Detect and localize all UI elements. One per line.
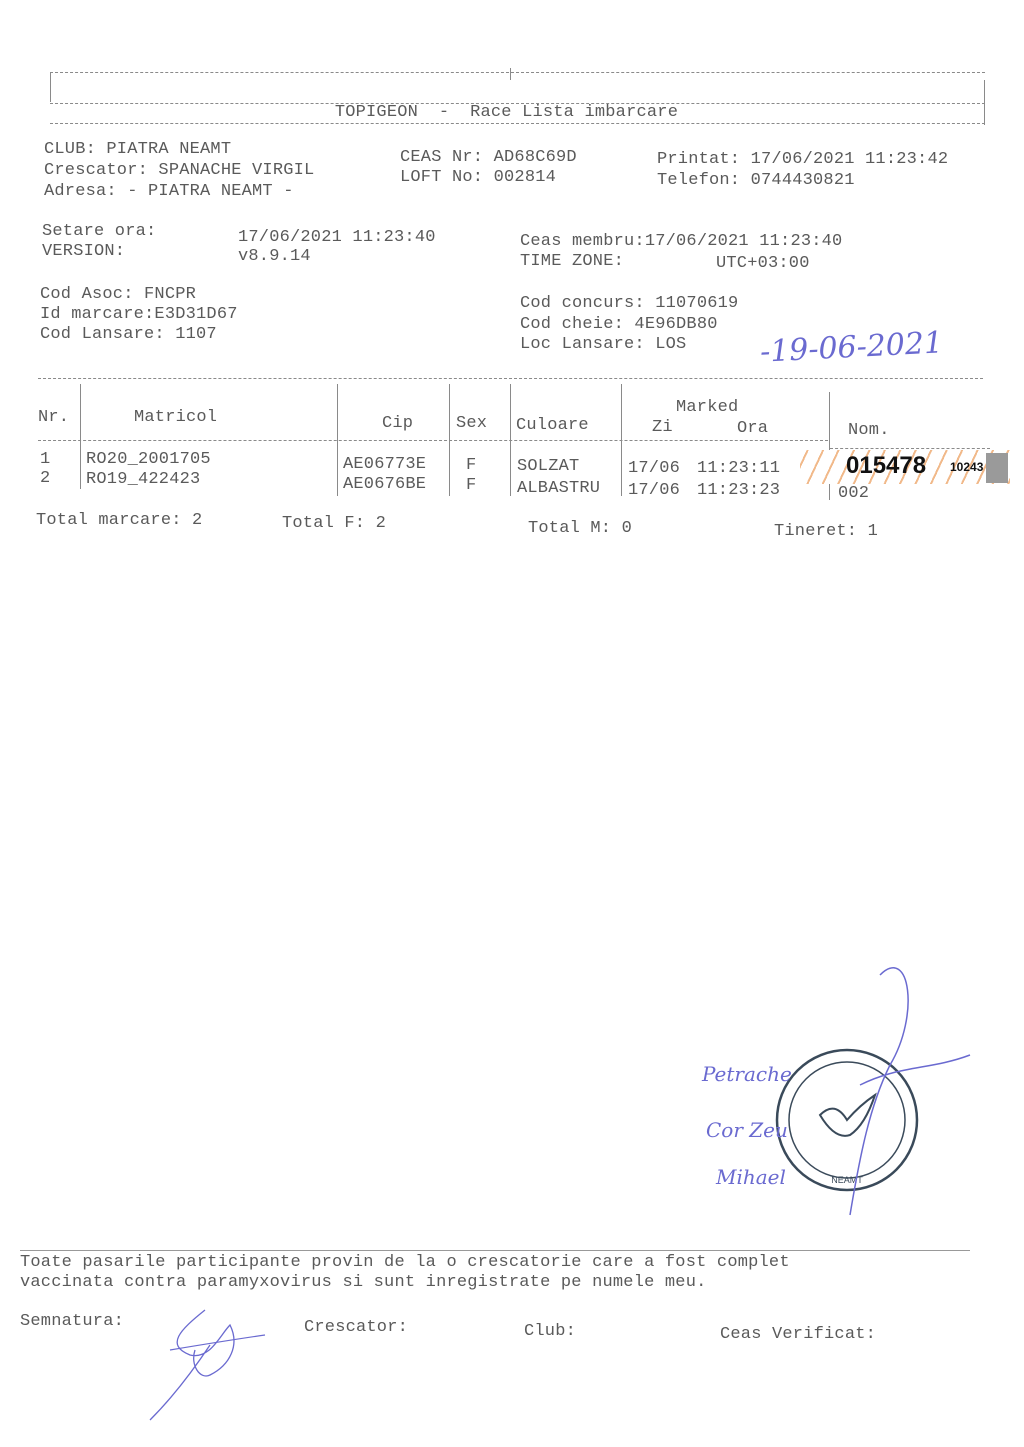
header-border-top (50, 72, 985, 73)
page-title: TOPIGEON - Race Lista imbarcare (314, 83, 678, 123)
table-header-bottom (38, 440, 828, 441)
header-border-bottom2 (50, 123, 985, 124)
adresa: Adresa: - PIATRA NEAMT - (44, 182, 294, 202)
total-marcare: Total marcare: 2 (36, 511, 202, 531)
total-f: Total F: 2 (282, 514, 386, 534)
stamp-handwriting-3: Mihael (716, 1165, 786, 1189)
telefon: Telefon: 0744430821 (657, 171, 855, 191)
col-sep-4 (510, 384, 511, 496)
declaration-line-2: vaccinata contra paramyxovirus si sunt i… (20, 1273, 707, 1293)
setare-ora-value: 17/06/2021 11:23:40 (238, 228, 436, 248)
time-zone-value: UTC+03:00 (716, 254, 810, 274)
sticker-box (986, 453, 1008, 483)
breeder-signature-icon (140, 1305, 270, 1425)
crescator-signature-label: Crescator: (304, 1318, 408, 1338)
footer-rule (20, 1250, 970, 1251)
col-sep-3 (449, 384, 450, 496)
handwritten-date: -19-06-2021 (759, 325, 944, 370)
cod-asoc: Cod Asoc: FNCPR (40, 285, 196, 305)
cell-sex: F (466, 476, 476, 496)
cell-ora: 11:23:23 (697, 481, 780, 501)
semnatura-label: Semnatura: (20, 1312, 124, 1332)
col-header-culoare: Culoare (516, 416, 589, 436)
cell-ora: 11:23:11 (697, 459, 780, 479)
ceas-nr: CEAS Nr: AD68C69D (400, 148, 577, 168)
club: CLUB: PIATRA NEAMT (44, 140, 231, 160)
cell-nom: 002 (838, 484, 869, 504)
col-header-ora: Ora (737, 419, 768, 439)
cell-culoare: SOLZAT (517, 457, 579, 477)
crescator: Crescator: SPANACHE VIRGIL (44, 161, 314, 181)
club-signature-label: Club: (524, 1322, 576, 1342)
col-sep-1 (80, 384, 81, 489)
col-sep-5 (621, 384, 622, 496)
col-header-marked: Marked (676, 398, 738, 418)
ceas-membru: Ceas membru:17/06/2021 11:23:40 (520, 232, 842, 252)
cell-zi: 17/06 (628, 481, 680, 501)
col-header-sex: Sex (456, 414, 487, 434)
col-sep-2 (337, 384, 338, 496)
total-m: Total M: 0 (528, 519, 632, 539)
table-border-top (38, 378, 983, 379)
header-border-left (50, 72, 51, 102)
col-header-nr: Nr. (38, 408, 69, 428)
cod-cheie: Cod cheie: 4E96DB80 (520, 315, 718, 335)
cod-concurs: Cod concurs: 11070619 (520, 294, 738, 314)
col-header-matricol: Matricol (134, 408, 217, 428)
stamp-handwriting-1: Petrache (702, 1062, 792, 1086)
signature-scribble-icon (820, 955, 980, 1225)
printat: Printat: 17/06/2021 11:23:42 (657, 150, 948, 170)
version-value: v8.9.14 (238, 247, 311, 267)
cell-nr: 1 (40, 450, 50, 470)
cod-lansare: Cod Lansare: 1107 (40, 325, 217, 345)
cell-cip: AE06773E (343, 455, 426, 475)
declaration-line-1: Toate pasarile participante provin de la… (20, 1253, 790, 1273)
cell-matricol: RO20_2001705 (86, 450, 211, 470)
col-header-cip: Cip (382, 414, 413, 434)
sticker-small-number: 10243 (950, 460, 983, 474)
cell-sex: F (466, 456, 476, 476)
cell-nr: 2 (40, 469, 50, 489)
sticker-number: 015478 (846, 452, 926, 480)
header-tick (510, 68, 511, 80)
version-label: VERSION: (42, 242, 125, 262)
cell-cip: AE0676BE (343, 475, 426, 495)
table-nom-divider (830, 448, 990, 449)
time-zone-label: TIME ZONE: (520, 252, 624, 272)
app-name: TOPIGEON (335, 103, 418, 122)
id-marcare: Id marcare:E3D31D67 (40, 305, 238, 325)
document-title: Race Lista imbarcare (470, 103, 678, 122)
col-header-nom: Nom. (848, 421, 890, 441)
col-header-zi: Zi (652, 418, 673, 438)
tineret: Tineret: 1 (774, 522, 878, 542)
stamp-handwriting-2: Cor Zeu (706, 1118, 788, 1142)
header-border-right (984, 80, 985, 125)
loft-no: LOFT No: 002814 (400, 168, 556, 188)
cell-culoare: ALBASTRU (517, 479, 600, 499)
setare-ora-label: Setare ora: (42, 222, 156, 242)
cell-zi: 17/06 (628, 459, 680, 479)
ceas-verificat-label: Ceas Verificat: (720, 1325, 876, 1345)
loc-lansare: Loc Lansare: LOS (520, 335, 686, 355)
cell-matricol: RO19_422423 (86, 470, 200, 490)
